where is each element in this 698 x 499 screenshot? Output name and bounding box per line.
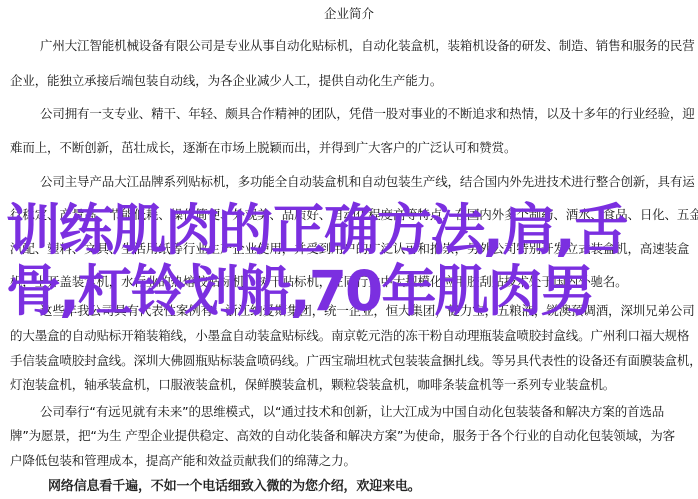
closing-line: 网络信息看千遍，不如一个电话细致入微的为您介绍，欢迎来电。 bbox=[48, 479, 421, 495]
paragraph-line: 难而上，不断创新，茁壮成长，逐渐在市场上脱颖而出，并得到广大客户的广泛认可和赞赏… bbox=[10, 140, 516, 156]
paragraph-line: 牌”为愿景，把“为生 产型企业提供稳定、高效的自动化装备和解决方案”为使命，服务… bbox=[10, 428, 675, 444]
overlay-title-line1: 训练肌肉的正确方法,肩,舌 bbox=[6, 200, 627, 260]
document-title: 企业简介 bbox=[0, 6, 698, 22]
paragraph-line: 企业，能独立承接后端包装自动线，为各企业减少人工，提供自动化生产能力。 bbox=[10, 73, 442, 89]
paragraph-line: 手信装盒喷胶封盒线。深圳大佛圆瓶贴标装盒喷码线。广西宝瑞坦枕式包装装盒捆扎线。等… bbox=[10, 353, 698, 369]
paragraph-line: 公司奉行“有远见就有未来”的思维模式，以“通过技术和创新，让大江成为中国自动化包… bbox=[40, 404, 664, 420]
overlay-title-line2: 骨,杠铃划船,70年肌肉男 bbox=[6, 261, 593, 321]
paragraph-line: 的大墨盒的自动贴标开箱装箱线，小墨盒自动装盒贴标线。南京乾元浩的冻干粉自动理瓶装… bbox=[10, 328, 689, 344]
paragraph-line: 公司主导产品大江品牌系列贴标机，多功能全自动装盒机和自动包装生产线，结合国内外先… bbox=[40, 174, 695, 190]
paragraph-line: 广州大江智能机械设备有限公司是专业从事自动化贴标机，自动化装盒机，装箱机设备的研… bbox=[40, 38, 695, 54]
paragraph-line: 户降低包装和管理成本，提高产能和效益贡献我们的绵薄之力。 bbox=[10, 453, 356, 469]
paragraph-line: 灯泡装盒机，轴承装盒机，口服液装盒机，保鲜膜装盒机，颗粒袋装盒机，咖啡条装盒机等… bbox=[10, 377, 615, 393]
paragraph-line: 公司拥有一支专业、精干、年轻、颇具合作精神的团队，凭借一股对事业的不断追求和热情… bbox=[40, 106, 695, 122]
